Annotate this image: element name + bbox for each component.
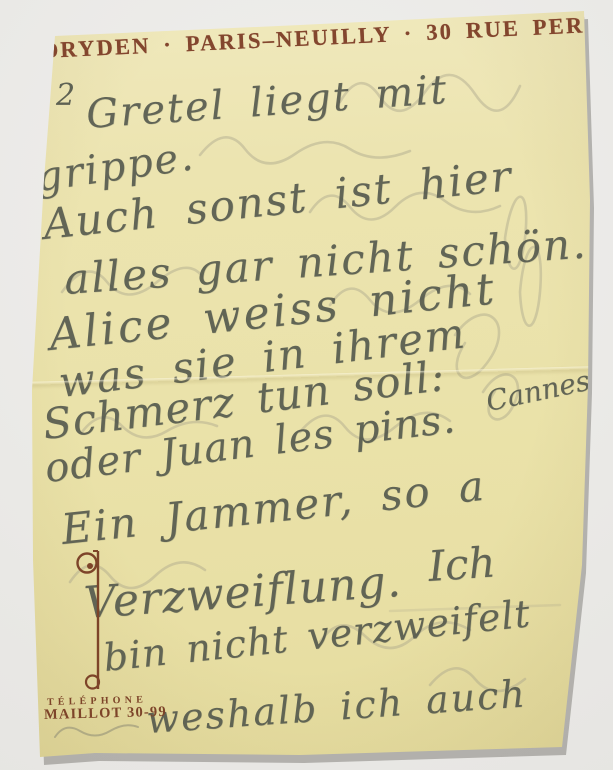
telephone-ornament-icon — [70, 545, 110, 700]
page-number: 2 — [56, 78, 75, 113]
scanned-letter: DRYDEN · PARIS–NEUILLY · 30 RUE PERRONET… — [0, 0, 613, 770]
telephone-number: MAILLOT 30-99 — [44, 704, 167, 724]
handwritten-word-ich: Ich — [427, 537, 497, 591]
letter-paper: DRYDEN · PARIS–NEUILLY · 30 RUE PERRONET… — [0, 0, 613, 770]
